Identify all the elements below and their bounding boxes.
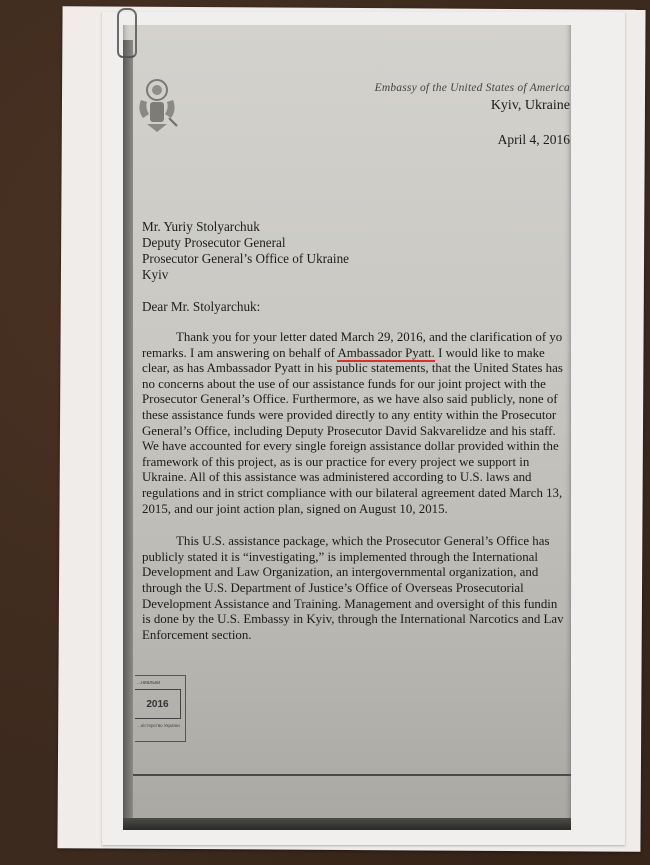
recipient-office: Prosecutor General’s Office of Ukraine (142, 251, 349, 267)
letter-body: Thank you for your letter dated March 29… (142, 330, 567, 660)
letter-bottom-shadow (123, 818, 571, 830)
highlighted-ambassador-name: Ambassador Pyatt. (337, 346, 434, 362)
stamp-year: 2016 (135, 689, 181, 719)
paragraph-line: We have accounted for every single forei… (142, 439, 567, 455)
paragraph-line: This U.S. assistance package, which the … (142, 534, 567, 550)
letterhead-city: Kyiv, Ukraine (375, 98, 570, 114)
paragraph-line: remarks. I am answering on behalf of Amb… (142, 346, 567, 362)
recipient-city: Kyiv (142, 267, 349, 283)
paragraph-line: 2015, and our joint action plan, signed … (142, 502, 567, 518)
paragraph-line: framework of this project, as is our pra… (142, 455, 567, 471)
paragraph-line: clear, as has Ambassador Pyatt in his pu… (142, 361, 567, 377)
paragraph-line: through the U.S. Department of Justice’s… (142, 581, 567, 597)
paragraph-line: General’s Office, including Deputy Prose… (142, 424, 567, 440)
body-paragraph: Thank you for your letter dated March 29… (142, 330, 567, 517)
paragraph-line: no concerns about the use of our assista… (142, 377, 567, 393)
recipient-title: Deputy Prosecutor General (142, 235, 349, 251)
paragraph-line: Enforcement section. (142, 628, 567, 644)
letter-date: April 4, 2016 (375, 132, 570, 148)
paragraph-line: Thank you for your letter dated March 29… (142, 330, 567, 346)
registration-stamp: ...ниальки 2016 ...ністерство України (135, 675, 186, 742)
body-paragraph: This U.S. assistance package, which the … (142, 534, 567, 643)
paperclip-icon (117, 8, 137, 58)
letter-left-edge-shadow (123, 40, 133, 830)
paragraph-line: Development Assistance and Training. Man… (142, 597, 567, 613)
paragraph-line: Ukraine. All of this assistance was admi… (142, 470, 567, 486)
paragraph-line: Development and Law Organization, an int… (142, 565, 567, 581)
page-fold-line (133, 774, 571, 776)
paragraph-line: is done by the U.S. Embassy in Kyiv, thr… (142, 612, 567, 628)
paragraph-line: Prosecutor General’s Office. Furthermore… (142, 392, 567, 408)
paragraph-line: publicly stated it is “investigating,” i… (142, 550, 567, 566)
eagle-seal-icon (135, 78, 179, 136)
letterhead: Embassy of the United States of America … (375, 82, 570, 148)
paragraph-line: regulations and in strict compliance wit… (142, 486, 567, 502)
recipient-address: Mr. Yuriy Stolyarchuk Deputy Prosecutor … (142, 219, 349, 283)
paragraph-line: these assistance funds were provided dir… (142, 408, 567, 424)
stamp-top-text: ...ниальки (135, 676, 185, 686)
salutation: Dear Mr. Stolyarchuk: (142, 299, 260, 315)
recipient-name: Mr. Yuriy Stolyarchuk (142, 219, 349, 235)
embassy-name: Embassy of the United States of America (375, 82, 570, 94)
stamp-bottom-text: ...ністерство України (135, 719, 185, 728)
